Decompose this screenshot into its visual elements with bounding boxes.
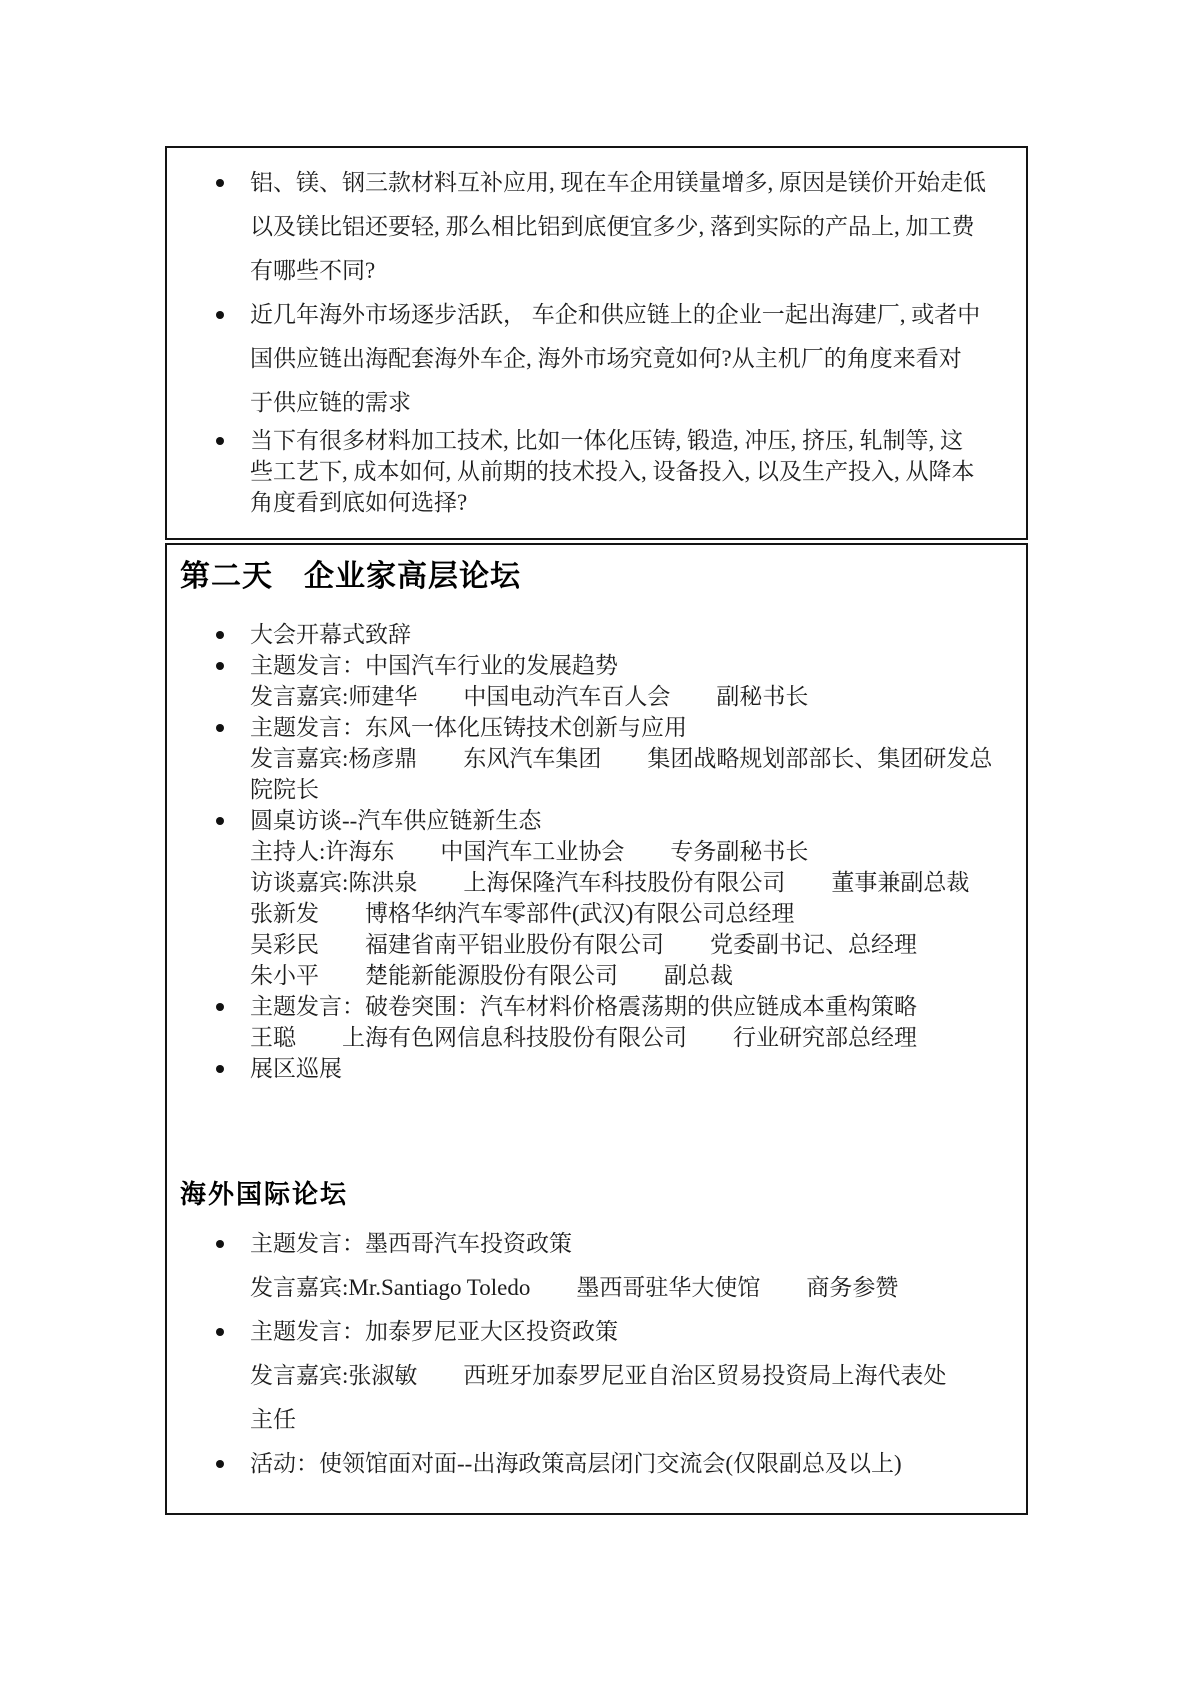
bullet-col xyxy=(216,1310,250,1336)
day2-agenda-cell: 第二天 企业家高层论坛 大会开幕式致辞 主题发言：中国汽车行业的发展趋势 发言嘉… xyxy=(165,543,1028,1515)
list-item: 主题发言：加泰罗尼亚大区投资政策 发言嘉宾:张淑敏 西班牙加泰罗尼亚自治区贸易投… xyxy=(167,1310,1022,1442)
list-item-text: 活动：使领馆面对面--出海政策高层闭门交流会(仅限副总及以上) xyxy=(250,1442,902,1486)
bullet-col xyxy=(216,1442,250,1468)
bullet-icon xyxy=(216,817,224,825)
list-item: 当下有很多材料加工技术, 比如一体化压铸, 锻造, 冲压, 挤压, 轧制等, 这… xyxy=(167,425,1022,518)
document-page: 铝、镁、钢三款材料互补应用, 现在车企用镁量增多, 原因是镁价开始走低 以及镁比… xyxy=(0,0,1190,1683)
list-item-text: 主题发言：中国汽车行业的发展趋势 发言嘉宾:师建华 中国电动汽车百人会 副秘书长 xyxy=(250,650,808,712)
qa-topics-cell: 铝、镁、钢三款材料互补应用, 现在车企用镁量增多, 原因是镁价开始走低 以及镁比… xyxy=(165,146,1028,540)
bullet-icon xyxy=(216,662,224,670)
bullet-col xyxy=(216,712,250,732)
list-item-text: 主题发言：破卷突围：汽车材料价格震荡期的供应链成本重构策略 王聪 上海有色网信息… xyxy=(250,991,917,1053)
list-item-text: 圆桌访谈--汽车供应链新生态 主持人:许海东 中国汽车工业协会 专务副秘书长 访… xyxy=(250,805,969,991)
list-item: 主题发言：墨西哥汽车投资政策 发言嘉宾:Mr.Santiago Toledo 墨… xyxy=(167,1222,1022,1310)
bullet-col xyxy=(216,619,250,639)
bullet-icon xyxy=(216,1065,224,1073)
list-item-text: 主题发言：加泰罗尼亚大区投资政策 发言嘉宾:张淑敏 西班牙加泰罗尼亚自治区贸易投… xyxy=(250,1310,946,1442)
bullet-icon xyxy=(216,631,224,639)
overseas-forum-heading: 海外国际论坛 xyxy=(180,1175,348,1215)
bullet-col xyxy=(216,805,250,825)
list-item: 近几年海外市场逐步活跃， 车企和供应链上的企业一起出海建厂, 或者中 国供应链出… xyxy=(167,293,1022,425)
list-item: 圆桌访谈--汽车供应链新生态 主持人:许海东 中国汽车工业协会 专务副秘书长 访… xyxy=(167,805,1022,991)
bullet-icon xyxy=(216,724,224,732)
day2-heading: 第二天 企业家高层论坛 xyxy=(180,557,521,597)
bullet-icon xyxy=(216,1003,224,1011)
list-item: 主题发言：中国汽车行业的发展趋势 发言嘉宾:师建华 中国电动汽车百人会 副秘书长 xyxy=(167,650,1022,712)
list-item: 大会开幕式致辞 xyxy=(167,619,1022,650)
bullet-col xyxy=(216,650,250,670)
list-item-text: 展区巡展 xyxy=(250,1053,342,1084)
list-item-text: 主题发言：东风一体化压铸技术创新与应用 发言嘉宾:杨彦鼎 东风汽车集团 集团战略… xyxy=(250,712,992,805)
list-item-text: 铝、镁、钢三款材料互补应用, 现在车企用镁量增多, 原因是镁价开始走低 以及镁比… xyxy=(250,161,986,293)
bullet-col xyxy=(216,161,250,187)
bullet-col xyxy=(216,425,250,445)
list-item-text: 大会开幕式致辞 xyxy=(250,619,411,650)
qa-topics-list: 铝、镁、钢三款材料互补应用, 现在车企用镁量增多, 原因是镁价开始走低 以及镁比… xyxy=(167,161,1022,518)
bullet-icon xyxy=(216,311,224,319)
bullet-col xyxy=(216,1222,250,1248)
overseas-forum-list: 主题发言：墨西哥汽车投资政策 发言嘉宾:Mr.Santiago Toledo 墨… xyxy=(167,1222,1022,1486)
bullet-icon xyxy=(216,179,224,187)
list-item: 主题发言：东风一体化压铸技术创新与应用 发言嘉宾:杨彦鼎 东风汽车集团 集团战略… xyxy=(167,712,1022,805)
list-item: 主题发言：破卷突围：汽车材料价格震荡期的供应链成本重构策略 王聪 上海有色网信息… xyxy=(167,991,1022,1053)
bullet-icon xyxy=(216,1328,224,1336)
bullet-col xyxy=(216,1053,250,1073)
list-item-text: 近几年海外市场逐步活跃， 车企和供应链上的企业一起出海建厂, 或者中 国供应链出… xyxy=(250,293,980,425)
list-item: 铝、镁、钢三款材料互补应用, 现在车企用镁量增多, 原因是镁价开始走低 以及镁比… xyxy=(167,161,1022,293)
bullet-icon xyxy=(216,1460,224,1468)
list-item-text: 当下有很多材料加工技术, 比如一体化压铸, 锻造, 冲压, 挤压, 轧制等, 这… xyxy=(250,425,975,518)
bullet-col xyxy=(216,991,250,1011)
list-item: 展区巡展 xyxy=(167,1053,1022,1084)
list-item: 活动：使领馆面对面--出海政策高层闭门交流会(仅限副总及以上) xyxy=(167,1442,1022,1486)
list-item-text: 主题发言：墨西哥汽车投资政策 发言嘉宾:Mr.Santiago Toledo 墨… xyxy=(250,1222,898,1310)
entrepreneur-forum-list: 大会开幕式致辞 主题发言：中国汽车行业的发展趋势 发言嘉宾:师建华 中国电动汽车… xyxy=(167,619,1022,1084)
bullet-col xyxy=(216,293,250,319)
bullet-icon xyxy=(216,1240,224,1248)
bullet-icon xyxy=(216,437,224,445)
